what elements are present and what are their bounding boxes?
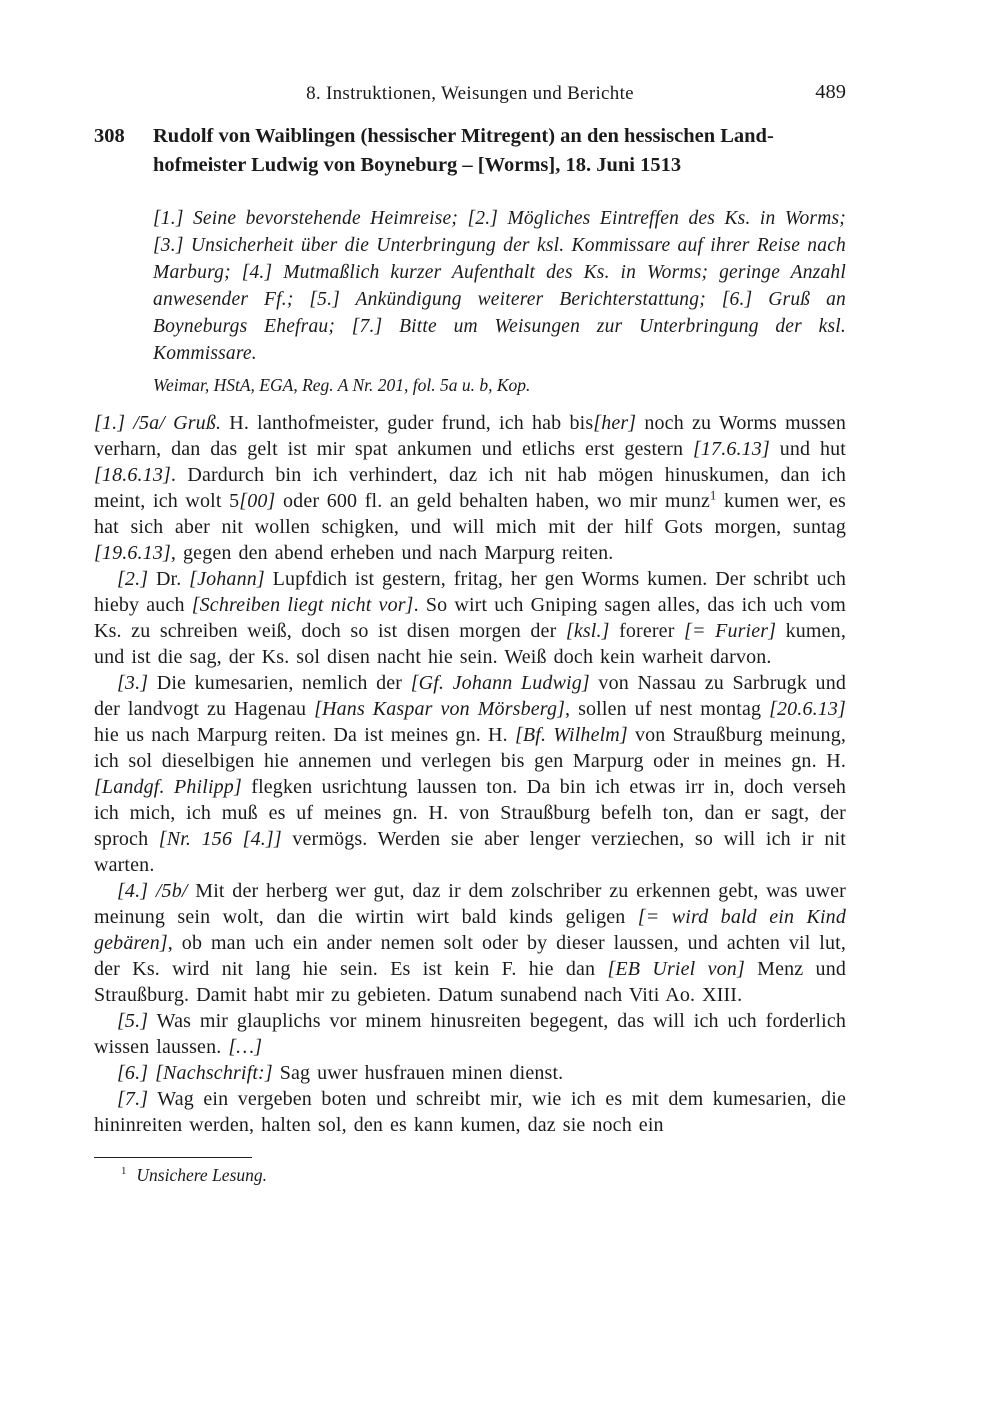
document-title: Rudolf von Waiblingen (hessischer Mitreg… bbox=[153, 122, 774, 180]
document-body: [1.] /5a/ Gruß. H. lanthofmeister, guder… bbox=[94, 410, 846, 1138]
page-number: 489 bbox=[815, 80, 846, 104]
document-number: 308 bbox=[94, 122, 153, 180]
body-paragraph: [7.] Wag ein vergeben boten und schreibt… bbox=[94, 1086, 846, 1138]
body-paragraph: [2.] Dr. [Johann] Lupfdich ist gestern, … bbox=[94, 566, 846, 670]
document-heading: 308 Rudolf von Waiblingen (hessischer Mi… bbox=[94, 122, 846, 180]
body-paragraph: [1.] /5a/ Gruß. H. lanthofmeister, guder… bbox=[94, 410, 846, 566]
archive-source-line: Weimar, HStA, EGA, Reg. A Nr. 201, fol. … bbox=[153, 373, 846, 397]
text-block: 8. Instruktionen, Weisungen und Berichte… bbox=[94, 82, 846, 1187]
footnote-rule bbox=[94, 1157, 252, 1158]
body-paragraph: [5.] Was mir glauplichs vor minem hinusr… bbox=[94, 1008, 846, 1060]
footnote-marker: 1 bbox=[121, 1165, 126, 1177]
body-paragraph: [6.] [Nachschrift:] Sag uwer husfrauen m… bbox=[94, 1060, 846, 1086]
document-summary: [1.] Seine bevorstehende Heimreise; [2.]… bbox=[153, 205, 846, 367]
body-paragraph: [4.] /5b/ Mit der herberg wer gut, daz i… bbox=[94, 878, 846, 1008]
running-header: 8. Instruktionen, Weisungen und Berichte… bbox=[94, 82, 846, 106]
footnote: 1Unsichere Lesung. bbox=[94, 1164, 846, 1187]
body-paragraph: [3.] Die kumesarien, nemlich der [Gf. Jo… bbox=[94, 670, 846, 878]
book-page: 8. Instruktionen, Weisungen und Berichte… bbox=[0, 0, 1004, 1418]
footnote-text: Unsichere Lesung. bbox=[136, 1165, 267, 1185]
running-header-title: 8. Instruktionen, Weisungen und Berichte bbox=[94, 82, 846, 106]
